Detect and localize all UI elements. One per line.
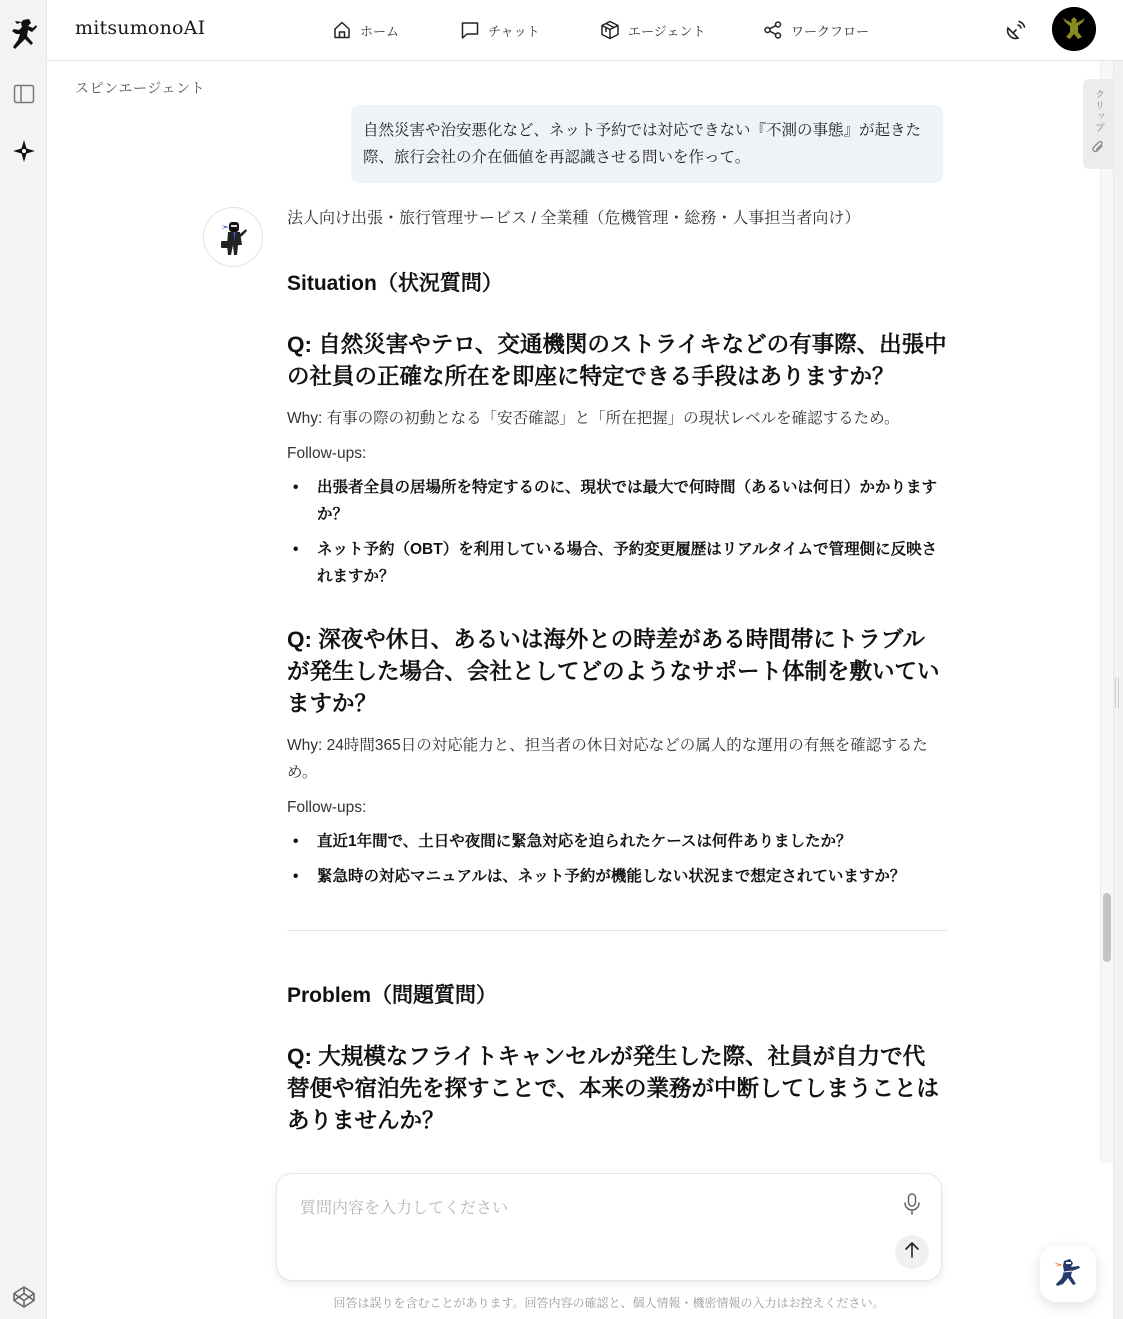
- scrollbar-thumb[interactable]: [1103, 893, 1111, 962]
- left-rail: [0, 0, 47, 1319]
- question-heading: Q: 大規模なフライトキャンセルが発生した際、社員が自力で代替便や宿泊先を探すこ…: [287, 1041, 947, 1137]
- home-icon: [332, 20, 352, 40]
- question-why: Why: 24時間365日の対応能力と、担当者の休日対応などの属人的な運用の有無…: [287, 732, 947, 786]
- share-icon: [763, 20, 783, 40]
- response-subtitle: 法人向け出張・旅行管理サービス / 全業種（危機管理・総務・人事担当者向け）: [287, 207, 947, 231]
- agent-response: 法人向け出張・旅行管理サービス / 全業種（危機管理・総務・人事担当者向け） S…: [287, 207, 947, 1137]
- followups-label: Follow-ups:: [287, 796, 947, 820]
- disclaimer: 回答は誤りを含むことがあります。回答内容の確認と、個人情報・機密情報の入力はお控…: [276, 1294, 942, 1311]
- user-message-bubble: 自然災害や治安悪化など、ネット予約では対応できない『不測の事態』が起きた際、旅行…: [351, 105, 943, 183]
- side-panel-edge: [1100, 61, 1113, 1163]
- message-composer[interactable]: 質問内容を入力してください: [276, 1173, 942, 1281]
- nav-chat-label: チャット: [488, 21, 540, 40]
- nav-agent-label: エージェント: [628, 21, 705, 40]
- ninja-logo-icon[interactable]: [0, 14, 47, 54]
- ninja-mascot-icon: [1050, 1254, 1086, 1295]
- agent-avatar: [203, 207, 263, 267]
- section-heading-problem: Problem（問題質問）: [287, 981, 947, 1011]
- followup-item: 直近1年間で、土日や夜間に緊急対応を迫られたケースは何件ありましたか？: [287, 828, 947, 855]
- assistant-launcher-button[interactable]: [1040, 1246, 1096, 1302]
- chat-area: 自然災害や治安悪化など、ネット予約では対応できない『不測の事態』が起きた際、旅行…: [47, 61, 1100, 1319]
- question-why: Why: 有事の際の初動となる「安否確認」と「所在把握」の現状レベルを確認するた…: [287, 405, 947, 432]
- microphone-icon[interactable]: [903, 1193, 921, 1220]
- section-divider: [287, 930, 947, 931]
- codepen-cube-icon[interactable]: [0, 1283, 47, 1311]
- nav-home-label: ホーム: [360, 21, 399, 40]
- arrow-up-icon: [904, 1241, 920, 1264]
- followup-item: 出張者全員の居場所を特定するのに、現状では最大で何時間（あるいは何日）かかります…: [287, 474, 947, 528]
- send-button[interactable]: [895, 1235, 929, 1269]
- user-avatar[interactable]: [1052, 7, 1096, 51]
- top-header: mitsumonoAI ホーム チャット エージェント ワークフロー: [47, 0, 1123, 61]
- nav-workflow[interactable]: ワークフロー: [763, 0, 869, 60]
- nav-chat[interactable]: チャット: [460, 0, 540, 60]
- clip-tab-label: クリップ: [1091, 89, 1106, 133]
- followups-list: 出張者全員の居場所を特定するのに、現状では最大で何時間（あるいは何日）かかります…: [287, 474, 947, 590]
- question-heading: Q: 深夜や休日、あるいは海外との時差がある時間帯にトラブルが発生した場合、会社…: [287, 624, 947, 720]
- paperclip-icon: [1091, 139, 1105, 160]
- section-heading-situation: Situation（状況質問）: [287, 269, 947, 299]
- sparkle-star-icon[interactable]: [0, 137, 47, 165]
- brand-name[interactable]: mitsumonoAI: [75, 17, 205, 39]
- chat-icon: [460, 20, 480, 40]
- clip-tab[interactable]: クリップ: [1083, 79, 1113, 169]
- question-heading: Q: 自然災害やテロ、交通機関のストライキなどの有事際、出張中の社員の正確な所在…: [287, 329, 947, 393]
- satellite-dish-icon[interactable]: [1004, 18, 1028, 47]
- followup-item: ネット予約（OBT）を利用している場合、予約変更履歴はリアルタイムで管理側に反映…: [287, 536, 947, 590]
- followups-list: 直近1年間で、土日や夜間に緊急対応を迫られたケースは何件ありましたか？ 緊急時の…: [287, 828, 947, 890]
- resize-handle[interactable]: [1115, 678, 1119, 708]
- nav-home[interactable]: ホーム: [332, 0, 399, 60]
- followups-label: Follow-ups:: [287, 442, 947, 466]
- sidebar-toggle-icon[interactable]: [0, 80, 47, 108]
- nav-agent[interactable]: エージェント: [600, 0, 705, 60]
- cube-icon: [600, 20, 620, 40]
- followup-item: 緊急時の対応マニュアルは、ネット予約が機能しない状況まで想定されていますか？: [287, 863, 947, 890]
- nav-workflow-label: ワークフロー: [791, 21, 869, 40]
- message-input[interactable]: 質問内容を入力してください: [300, 1195, 508, 1218]
